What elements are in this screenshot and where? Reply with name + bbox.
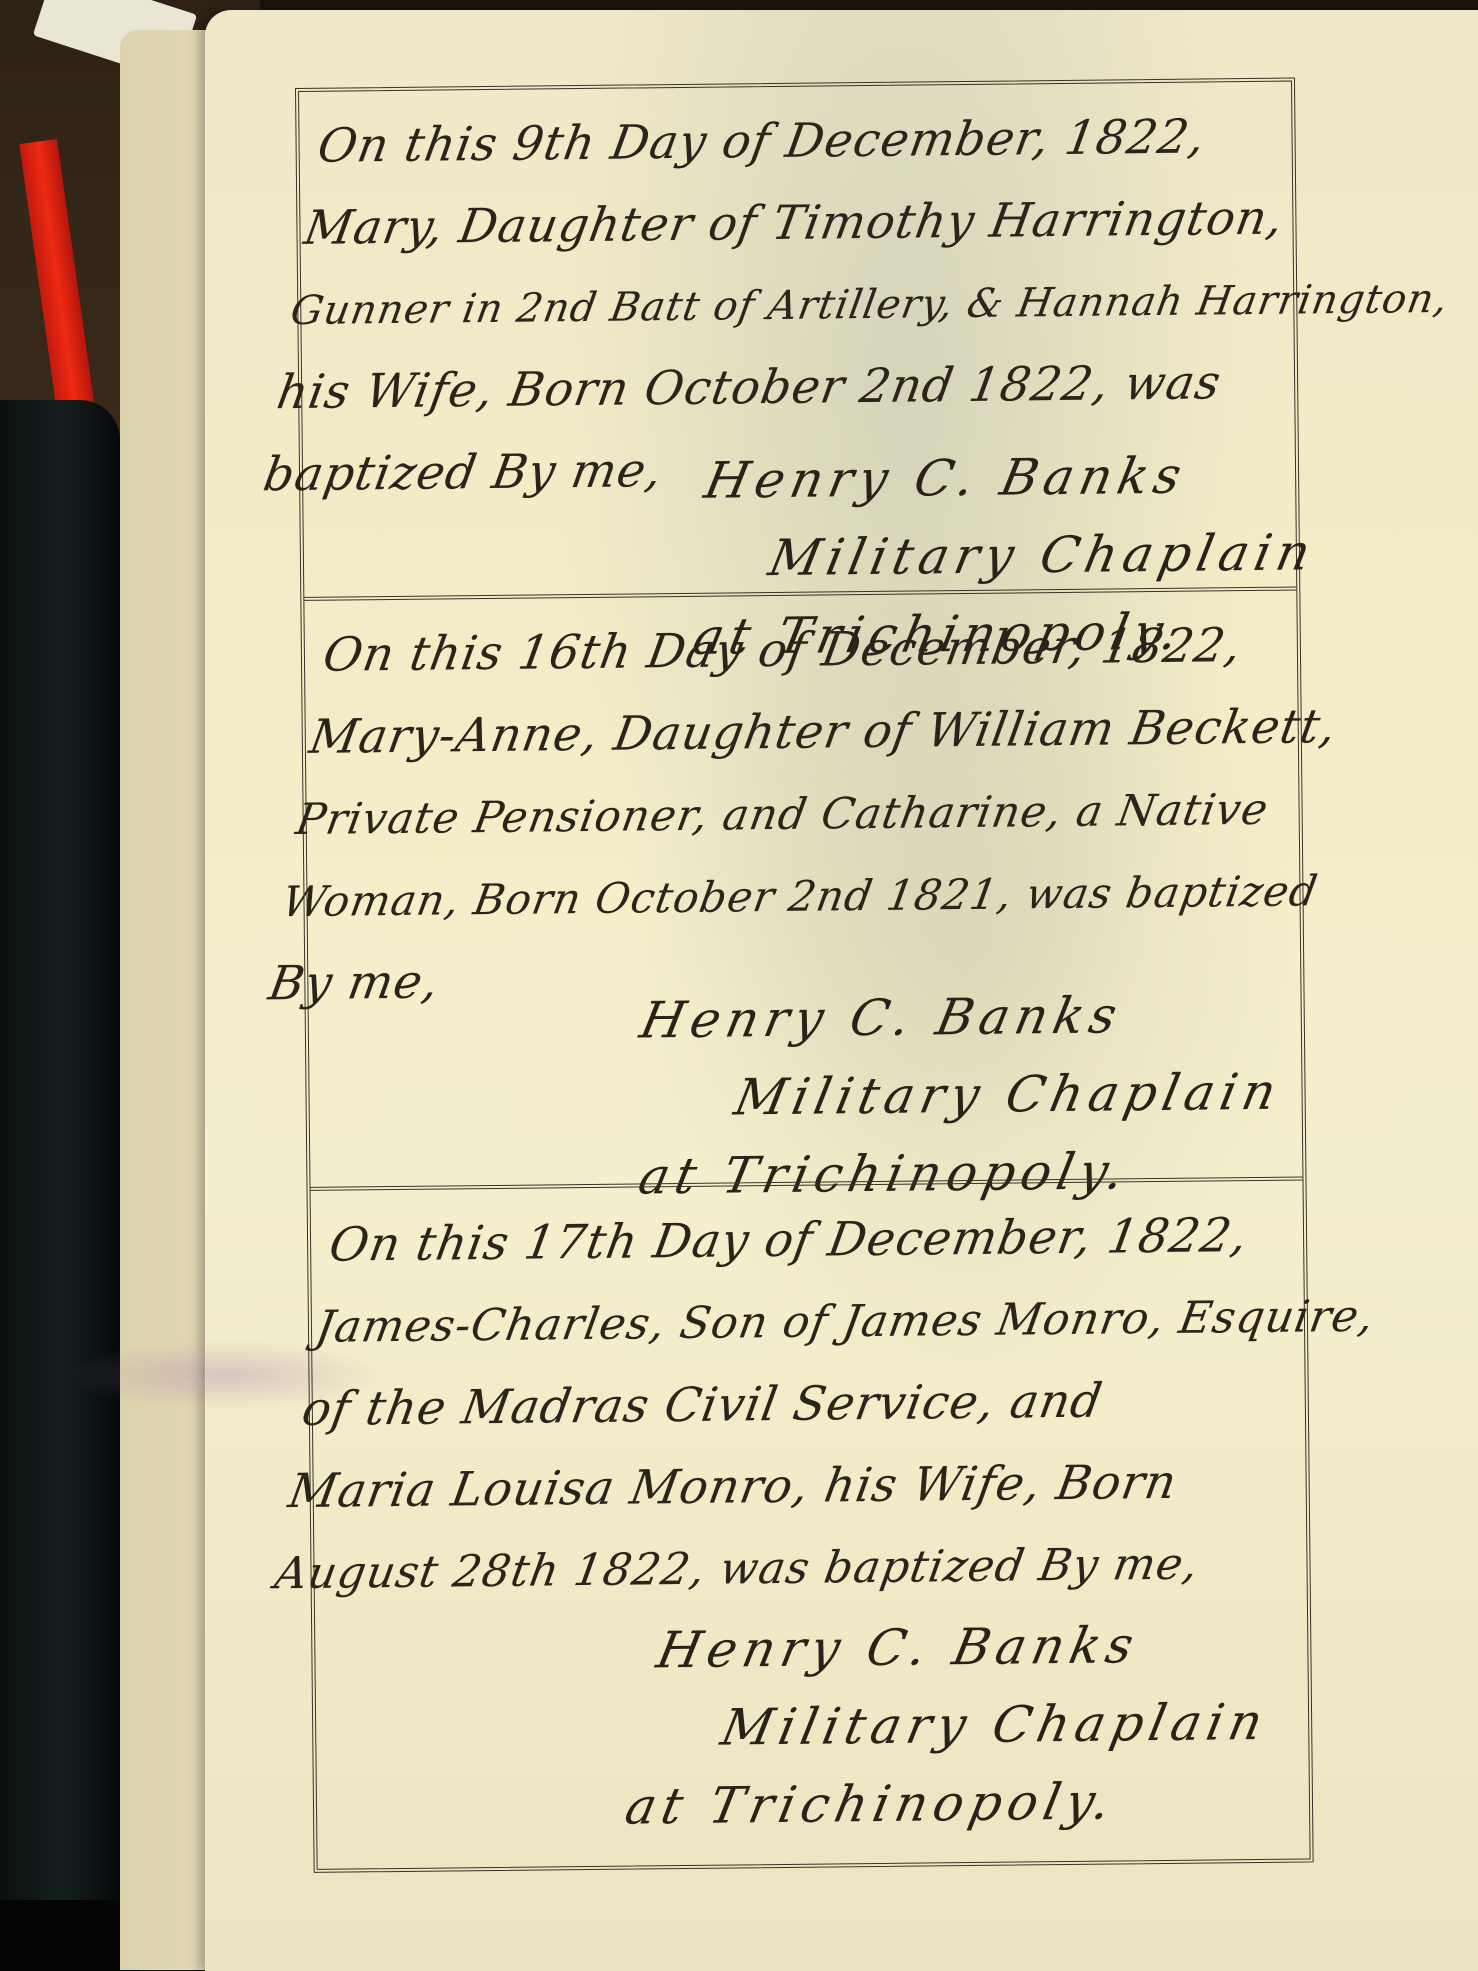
entry-line: On this 16th Day of December, 1822, bbox=[317, 605, 1275, 697]
entry-line: Mary, Daughter of Timothy Harrington, bbox=[298, 178, 1256, 270]
entry-line: Maria Louisa Monro, his Wife, Born bbox=[282, 1441, 1240, 1533]
entry-text: On this 16th Day of December, 1822, Mary… bbox=[263, 605, 1275, 1026]
baptism-entry: On this 16th Day of December, 1822, Mary… bbox=[304, 587, 1302, 1187]
entry-line: James-Charles, Son of James Monro, Esqui… bbox=[309, 1277, 1267, 1369]
signature-title: Military Chaplain bbox=[714, 1683, 1294, 1767]
book-binding bbox=[0, 400, 120, 1900]
entry-line: Mary-Anne, Daughter of William Beckett, bbox=[303, 687, 1261, 779]
entry-line: Private Pensioner, and Catharine, a Nati… bbox=[290, 769, 1248, 861]
entry-line: Woman, Born October 2nd 1821, was baptiz… bbox=[276, 851, 1234, 943]
signature-place: at Trichinopoly. bbox=[619, 1761, 1279, 1846]
baptism-entry: On this 9th Day of December, 1822, Mary,… bbox=[299, 82, 1296, 597]
entry-line: On this 9th Day of December, 1822, bbox=[312, 96, 1270, 188]
signature-name: Henry C. Banks bbox=[633, 974, 1303, 1059]
register-page: On this 9th Day of December, 1822, Mary,… bbox=[205, 10, 1478, 1971]
signature-name: Henry C. Banks bbox=[698, 436, 1298, 520]
entry-line: of the Madras Civil Service, and bbox=[296, 1359, 1254, 1451]
register-frame: On this 9th Day of December, 1822, Mary,… bbox=[295, 78, 1314, 1873]
entry-line: Gunner in 2nd Batt of Artillery, & Hanna… bbox=[284, 260, 1242, 352]
signature-name: Henry C. Banks bbox=[650, 1604, 1310, 1689]
signature-title: Military Chaplain bbox=[728, 1053, 1288, 1137]
baptism-entry: On this 17th Day of December, 1822, Jame… bbox=[311, 1177, 1310, 1869]
entry-line: On this 17th Day of December, 1822, bbox=[323, 1195, 1281, 1287]
entry-text: On this 17th Day of December, 1822, Jame… bbox=[269, 1195, 1281, 1616]
entry-line: August 28th 1822, was baptized By me, bbox=[269, 1523, 1227, 1615]
signature-title: Military Chaplain bbox=[762, 514, 1282, 597]
chaplain-signature: Henry C. Banks Military Chaplain at Tric… bbox=[319, 1604, 1310, 1848]
entry-line: his Wife, Born October 2nd 1822, was bbox=[271, 342, 1229, 434]
